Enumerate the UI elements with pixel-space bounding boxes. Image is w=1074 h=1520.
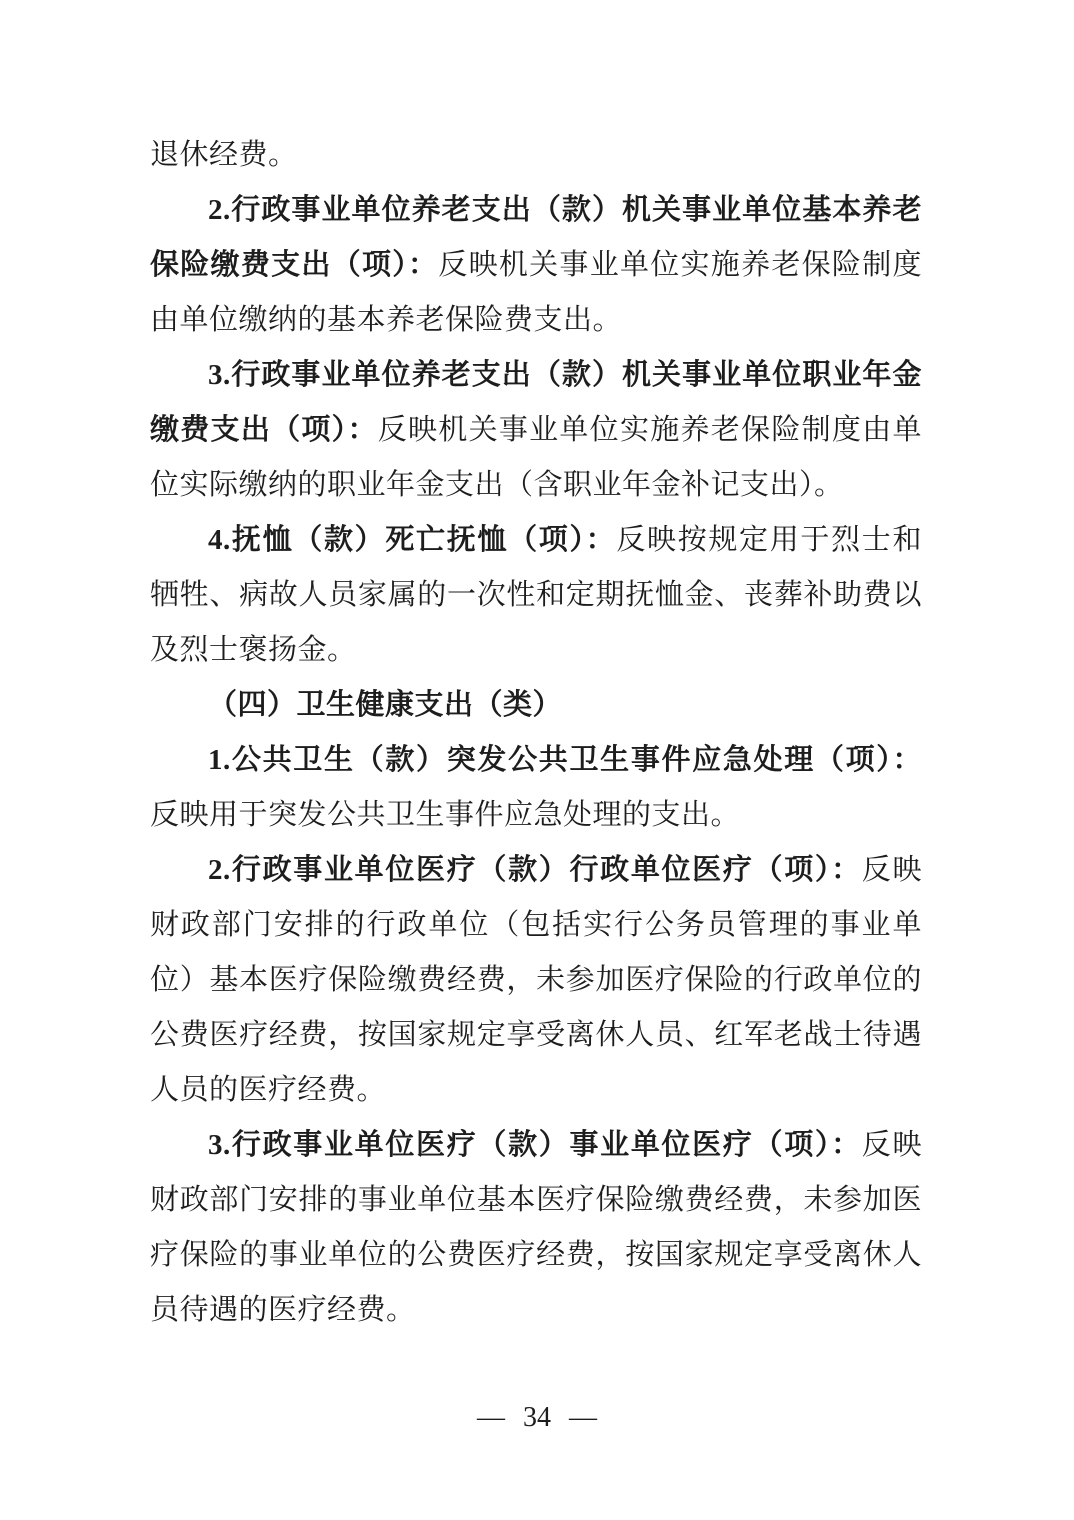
document-page: 退休经费。 2.行政事业单位养老支出（款）机关事业单位基本养老保险缴费支出（项）… [0, 0, 1074, 1520]
paragraph-lead: 3.行政事业单位医疗（款）事业单位医疗（项）： [208, 1129, 862, 1161]
footer-dash-right: — [569, 1402, 597, 1434]
paragraph-lead: 2.行政事业单位医疗（款）行政单位医疗（项）： [208, 854, 862, 886]
paragraph: 3.行政事业单位养老支出（款）机关事业单位职业年金缴费支出（项）：反映机关事业单… [150, 348, 922, 513]
paragraph: 4.抚恤（款）死亡抚恤（项）：反映按规定用于烈士和牺牲、病故人员家属的一次性和定… [150, 513, 922, 678]
paragraph: 3.行政事业单位医疗（款）事业单位医疗（项）：反映财政部门安排的事业单位基本医疗… [150, 1118, 922, 1338]
paragraph-body: 反映用于突发公共卫生事件应急处理的支出。 [150, 799, 740, 831]
section-heading: （四）卫生健康支出（类） [150, 678, 922, 733]
page-number: 34 [523, 1402, 551, 1434]
paragraph: 2.行政事业单位养老支出（款）机关事业单位基本养老保险缴费支出（项）：反映机关事… [150, 183, 922, 348]
paragraph: 2.行政事业单位医疗（款）行政单位医疗（项）：反映财政部门安排的行政单位（包括实… [150, 843, 922, 1118]
paragraph-lead: （四）卫生健康支出（类） [208, 689, 562, 721]
footer-dash-left: — [477, 1402, 505, 1434]
paragraph-lead: 1.公共卫生（款）突发公共卫生事件应急处理（项）： [208, 744, 922, 776]
paragraph-body: 反映财政部门安排的行政单位（包括实行公务员管理的事业单位）基本医疗保险缴费经费，… [150, 854, 922, 1106]
paragraph-body: 退休经费。 [150, 139, 298, 171]
page-footer: — 34 — [0, 1402, 1074, 1434]
paragraph: 退休经费。 [150, 128, 922, 183]
paragraph: 1.公共卫生（款）突发公共卫生事件应急处理（项）：反映用于突发公共卫生事件应急处… [150, 733, 922, 843]
paragraph-lead: 4.抚恤（款）死亡抚恤（项）： [208, 524, 616, 556]
document-body: 退休经费。 2.行政事业单位养老支出（款）机关事业单位基本养老保险缴费支出（项）… [150, 128, 922, 1338]
